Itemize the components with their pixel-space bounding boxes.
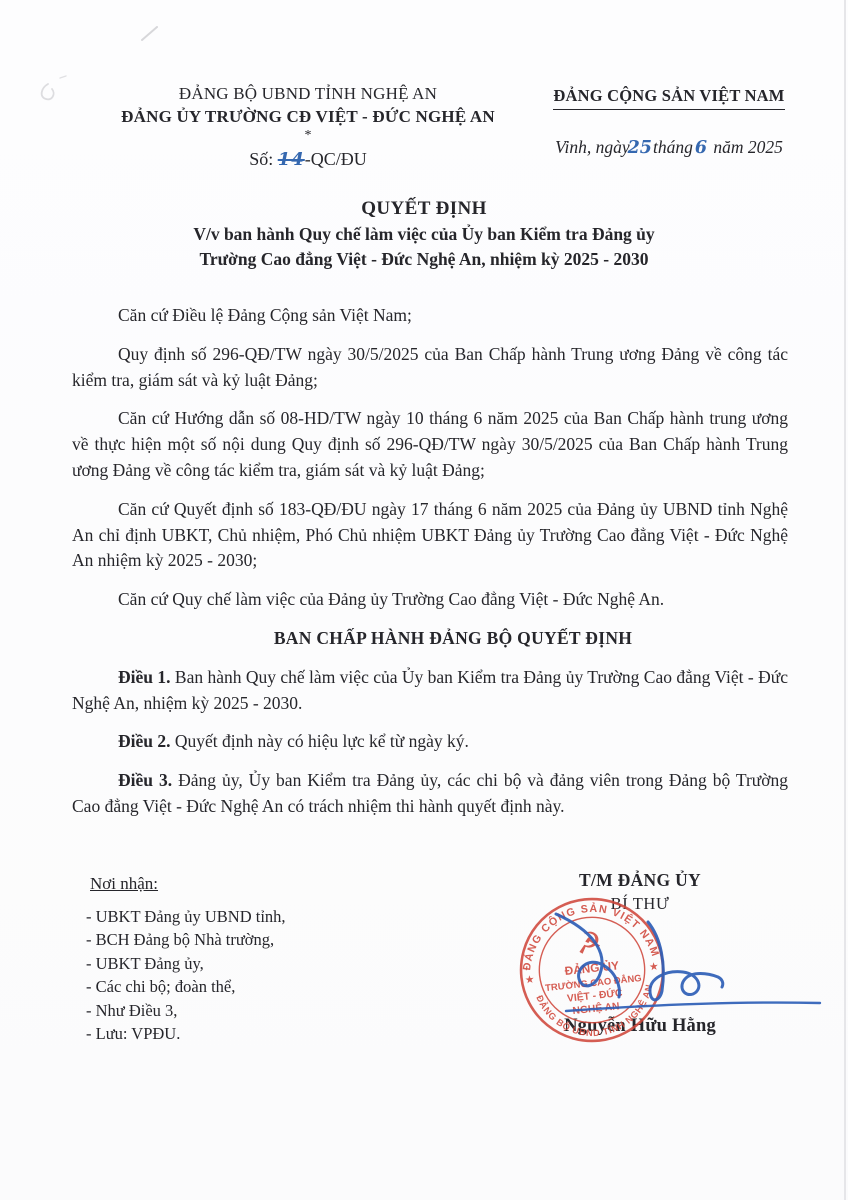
number-suffix: -QC/ĐU bbox=[305, 149, 367, 169]
article-2-text: Quyết định này có hiệu lực kể từ ngày ký… bbox=[171, 731, 469, 751]
document-body: Căn cứ Điều lệ Đảng Cộng sản Việt Nam; Q… bbox=[72, 303, 788, 833]
article-3-text: Đảng ủy, Ủy ban Kiểm tra Đảng ủy, các ch… bbox=[72, 770, 788, 816]
recipients-block: Nơi nhận: - UBKT Đảng ủy UBND tỉnh, - BC… bbox=[86, 872, 286, 1046]
parent-authority: ĐẢNG BỘ UBND TỈNH NGHỆ AN bbox=[88, 84, 528, 104]
article-1-label: Điều 1. bbox=[118, 667, 171, 687]
document-title-block: QUYẾT ĐỊNH V/v ban hành Quy chế làm việc… bbox=[0, 198, 848, 270]
stamp-star-right: ★ bbox=[648, 961, 659, 974]
recipients-label: Nơi nhận: bbox=[90, 872, 286, 896]
recipient-item: - Lưu: VPĐU. bbox=[86, 1022, 286, 1046]
document-number: Số: 14-QC/ĐU bbox=[88, 149, 528, 170]
preamble-paragraph: Căn cứ Quyết định số 183-QĐ/ĐU ngày 17 t… bbox=[72, 497, 788, 574]
official-stamp: ĐẢNG CỘNG SẢN VIỆT NAM ĐẢNG BỘ UBND TỈNH… bbox=[506, 884, 678, 1056]
scan-edge-artifact bbox=[844, 0, 846, 1200]
article-2-label: Điều 2. bbox=[118, 731, 171, 751]
decision-heading: BAN CHẤP HÀNH ĐẢNG BỘ QUYẾT ĐỊNH bbox=[72, 626, 788, 652]
document-page: ĐẢNG BỘ UBND TỈNH NGHỆ AN ĐẢNG ỦY TRƯỜNG… bbox=[0, 0, 848, 1200]
date-mid: tháng bbox=[653, 137, 693, 157]
subject-line-2: Trường Cao đẳng Việt - Đức Nghệ An, nhiệ… bbox=[0, 249, 848, 270]
place-date-line: Vinh, ngày25tháng6 năm 2025 bbox=[526, 137, 812, 158]
article-1: Điều 1. Ban hành Quy chế làm việc của Ủy… bbox=[72, 665, 788, 717]
national-motto-block: ĐẢNG CỘNG SẢN VIỆT NAM Vinh, ngày25tháng… bbox=[526, 86, 812, 158]
stamp-star-left: ★ bbox=[524, 974, 535, 987]
preamble-paragraph: Căn cứ Điều lệ Đảng Cộng sản Việt Nam; bbox=[72, 303, 788, 329]
date-month-handwritten: 6 bbox=[695, 138, 707, 158]
article-3: Điều 3. Đảng ủy, Ủy ban Kiểm tra Đảng ủy… bbox=[72, 768, 788, 820]
preamble-paragraph: Căn cứ Quy chế làm việc của Đảng ủy Trườ… bbox=[72, 587, 788, 613]
date-day-handwritten: 25 bbox=[628, 138, 652, 158]
date-suffix: năm 2025 bbox=[713, 137, 783, 157]
hammer-sickle-icon: ☭ bbox=[575, 927, 604, 962]
national-motto: ĐẢNG CỘNG SẢN VIỆT NAM bbox=[553, 86, 784, 110]
separator-star: * bbox=[88, 128, 528, 144]
preamble-paragraph: Quy định số 296-QĐ/TW ngày 30/5/2025 của… bbox=[72, 342, 788, 394]
number-handwritten: 14 bbox=[278, 149, 305, 170]
recipient-item: - UBKT Đảng ủy, bbox=[86, 952, 286, 976]
date-prefix: Vinh, ngày bbox=[555, 137, 630, 157]
issuing-authority-block: ĐẢNG BỘ UBND TỈNH NGHỆ AN ĐẢNG ỦY TRƯỜNG… bbox=[88, 84, 528, 170]
article-2: Điều 2. Quyết định này có hiệu lực kể từ… bbox=[72, 729, 788, 755]
document-type-heading: QUYẾT ĐỊNH bbox=[0, 198, 848, 220]
recipient-item: - Các chi bộ; đoàn thể, bbox=[86, 975, 286, 999]
stamp-center-line1: ĐẢNG ỦY bbox=[564, 958, 620, 978]
recipient-item: - UBKT Đảng ủy UBND tỉnh, bbox=[86, 905, 286, 929]
recipient-item: - BCH Đảng bộ Nhà trường, bbox=[86, 928, 286, 952]
issuing-authority: ĐẢNG ỦY TRƯỜNG CĐ VIỆT - ĐỨC NGHỆ AN bbox=[88, 107, 528, 127]
recipient-item: - Như Điều 3, bbox=[86, 999, 286, 1023]
number-prefix: Số: bbox=[249, 149, 273, 169]
article-3-label: Điều 3. bbox=[118, 770, 172, 790]
subject-line-1: V/v ban hành Quy chế làm việc của Ủy ban… bbox=[0, 224, 848, 245]
preamble-paragraph: Căn cứ Hướng dẫn số 08-HD/TW ngày 10 thá… bbox=[72, 406, 788, 483]
article-1-text: Ban hành Quy chế làm việc của Ủy ban Kiể… bbox=[72, 667, 788, 713]
